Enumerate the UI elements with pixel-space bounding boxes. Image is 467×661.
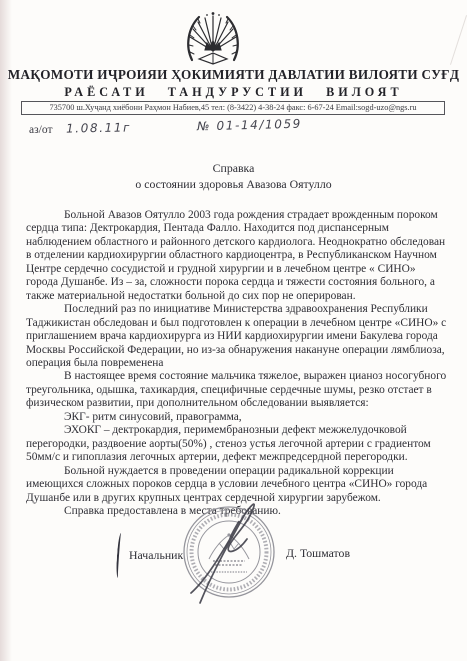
letterhead-address-box: 735700 ш.Хуҷанд хиёбони Раҳмон Набиев,45…: [21, 101, 445, 115]
paragraph-ekg: ЭКГ- ритм синусовий, правограмма,: [26, 411, 448, 424]
signer-name: Д. Тошматов: [286, 546, 350, 561]
paragraph: В настоящее время состояние мальчика тяж…: [26, 370, 448, 410]
handwritten-date: 1.08.11г: [66, 120, 131, 135]
paragraph: Последний раз по инициативе Министерства…: [26, 303, 448, 370]
certificate-body: Больной Авазов Оятулло 2003 года рождени…: [26, 209, 448, 518]
ref-date-prefix: аз/от: [29, 124, 52, 136]
signer-title: Начальник: [129, 548, 183, 563]
paragraph: Больной Авазов Оятулло 2003 года рождени…: [26, 209, 448, 303]
paragraph-ehokg: ЭХОКГ – дектрокардия, перимембранозныи д…: [26, 424, 448, 464]
title-line1: Справка: [0, 161, 467, 177]
stray-pen-stroke: [115, 533, 123, 578]
scan-artifact: [450, 15, 467, 65]
handwritten-ref-number: № 01-14/1059: [197, 117, 302, 134]
scanned-certificate-page: МАҚОМОТИ ИҶРОИЯИ ҲОКИМИЯТИ ДАВЛАТИИ ВИЛО…: [0, 0, 467, 661]
organization-name-line2: РАЁСАТИ ТАНДУРУСТИИ ВИЛОЯТ: [0, 85, 467, 100]
organization-name-line1: МАҚОМОТИ ИҶРОИЯИ ҲОКИМИЯТИ ДАВЛАТИИ ВИЛО…: [0, 67, 467, 83]
title-line2: о состоянии здоровья Авазова Оятулло: [0, 177, 467, 193]
tajikistan-coat-of-arms-icon: [184, 10, 242, 66]
document-title: Справка о состоянии здоровья Авазова Оят…: [0, 161, 467, 192]
